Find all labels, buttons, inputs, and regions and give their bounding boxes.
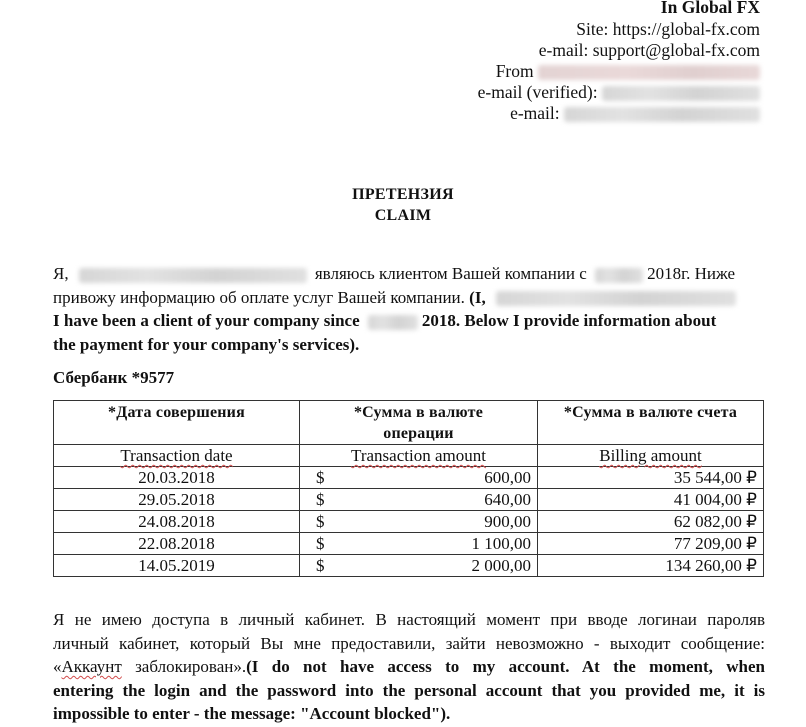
site-url: https://global-fx.com — [613, 19, 760, 39]
table-row: 14.05.2019$2 000,00134 260,00 ₽ — [54, 555, 764, 577]
header-amount-ru: *Сумма в валюте операции — [300, 401, 538, 445]
table-row: 20.03.2018$600,0035 544,00 ₽ — [54, 467, 764, 489]
bank-label: Сбербанк *9577 — [53, 366, 765, 390]
intro-line-1: Я, являюсь клиентом Вашей компании с 201… — [53, 262, 765, 286]
cell-date: 24.08.2018 — [54, 511, 300, 533]
sender-from: From — [496, 60, 760, 82]
email-label: e-mail: — [539, 40, 589, 60]
closing-line-3: «Аккаунт заблокирован».(I do not have ac… — [53, 655, 765, 679]
from-label: From — [496, 61, 534, 81]
intro-line-2: привожу информацию об оплате услуг Вашей… — [53, 286, 765, 310]
transactions-table: *Дата совершения *Сумма в валюте операци… — [53, 400, 764, 577]
cell-amount: $600,00 — [300, 467, 538, 489]
email2-label: e-mail: — [510, 103, 560, 123]
closing-line-4: entering the login and the password into… — [53, 679, 765, 703]
cell-amount: $2 000,00 — [300, 555, 538, 577]
intro-paragraph: Я, являюсь клиентом Вашей компании с 201… — [53, 262, 765, 356]
cell-billing: 62 082,00 ₽ — [538, 511, 764, 533]
intro-line-4: the payment for your company's services)… — [53, 333, 765, 357]
title-ru: ПРЕТЕНЗИЯ — [0, 186, 806, 204]
header-amount-en: Transaction amount — [300, 445, 538, 467]
cell-date: 29.05.2018 — [54, 489, 300, 511]
redacted-sender-name — [538, 65, 760, 80]
table-row: 22.08.2018$1 100,0077 209,00 ₽ — [54, 533, 764, 555]
sender-verified-email: e-mail (verified): — [478, 81, 760, 103]
cell-date: 20.03.2018 — [54, 467, 300, 489]
cell-amount: $900,00 — [300, 511, 538, 533]
cell-billing: 77 209,00 ₽ — [538, 533, 764, 555]
table-header-row-ru: *Дата совершения *Сумма в валюте операци… — [54, 401, 764, 445]
cell-billing: 35 544,00 ₽ — [538, 467, 764, 489]
cell-date: 14.05.2019 — [54, 555, 300, 577]
table-row: 24.08.2018$900,0062 082,00 ₽ — [54, 511, 764, 533]
sender-email: e-mail: — [510, 102, 760, 124]
currency-symbol: $ — [316, 511, 325, 532]
redacted-client-name — [79, 268, 307, 283]
redacted-email — [564, 107, 760, 122]
recipient-site: Site: https://global-fx.com — [576, 18, 760, 40]
currency-symbol: $ — [316, 489, 325, 510]
cell-amount: $1 100,00 — [300, 533, 538, 555]
site-label: Site: — [576, 19, 608, 39]
table-header-row-en: Transaction date Transaction amount Bill… — [54, 445, 764, 467]
currency-symbol: $ — [316, 467, 325, 488]
currency-symbol: $ — [316, 555, 325, 576]
cell-date: 22.08.2018 — [54, 533, 300, 555]
closing-line-5: impossible to enter - the message: "Acco… — [53, 702, 765, 726]
cell-amount: $640,00 — [300, 489, 538, 511]
cell-billing: 41 004,00 ₽ — [538, 489, 764, 511]
recipient-email: e-mail: support@global-fx.com — [539, 39, 760, 61]
header-date-en: Transaction date — [54, 445, 300, 467]
closing-paragraph: Я не имею доступа в личный кабинет. В на… — [53, 608, 765, 726]
table-row: 29.05.2018$640,0041 004,00 ₽ — [54, 489, 764, 511]
closing-line-1: Я не имею доступа в личный кабинет. В на… — [53, 608, 765, 632]
email-value: support@global-fx.com — [593, 40, 760, 60]
header-date-ru: *Дата совершения — [54, 401, 300, 445]
recipient-name: In Global FX — [661, 0, 760, 18]
redacted-verified-email — [602, 86, 760, 101]
closing-line-2: личный кабинет, который Вы мне предостав… — [53, 632, 765, 656]
verified-email-label: e-mail (verified): — [478, 82, 598, 102]
redacted-start-date — [595, 268, 643, 283]
redacted-start-date-en — [368, 315, 418, 330]
intro-line-3: I have been a client of your company sin… — [53, 309, 765, 333]
cell-billing: 134 260,00 ₽ — [538, 555, 764, 577]
currency-symbol: $ — [316, 533, 325, 554]
header-billing-en: Billing amount — [538, 445, 764, 467]
header-billing-ru: *Сумма в валюте счета — [538, 401, 764, 445]
title-en: CLAIM — [0, 207, 806, 225]
redacted-client-name-en — [496, 291, 736, 306]
